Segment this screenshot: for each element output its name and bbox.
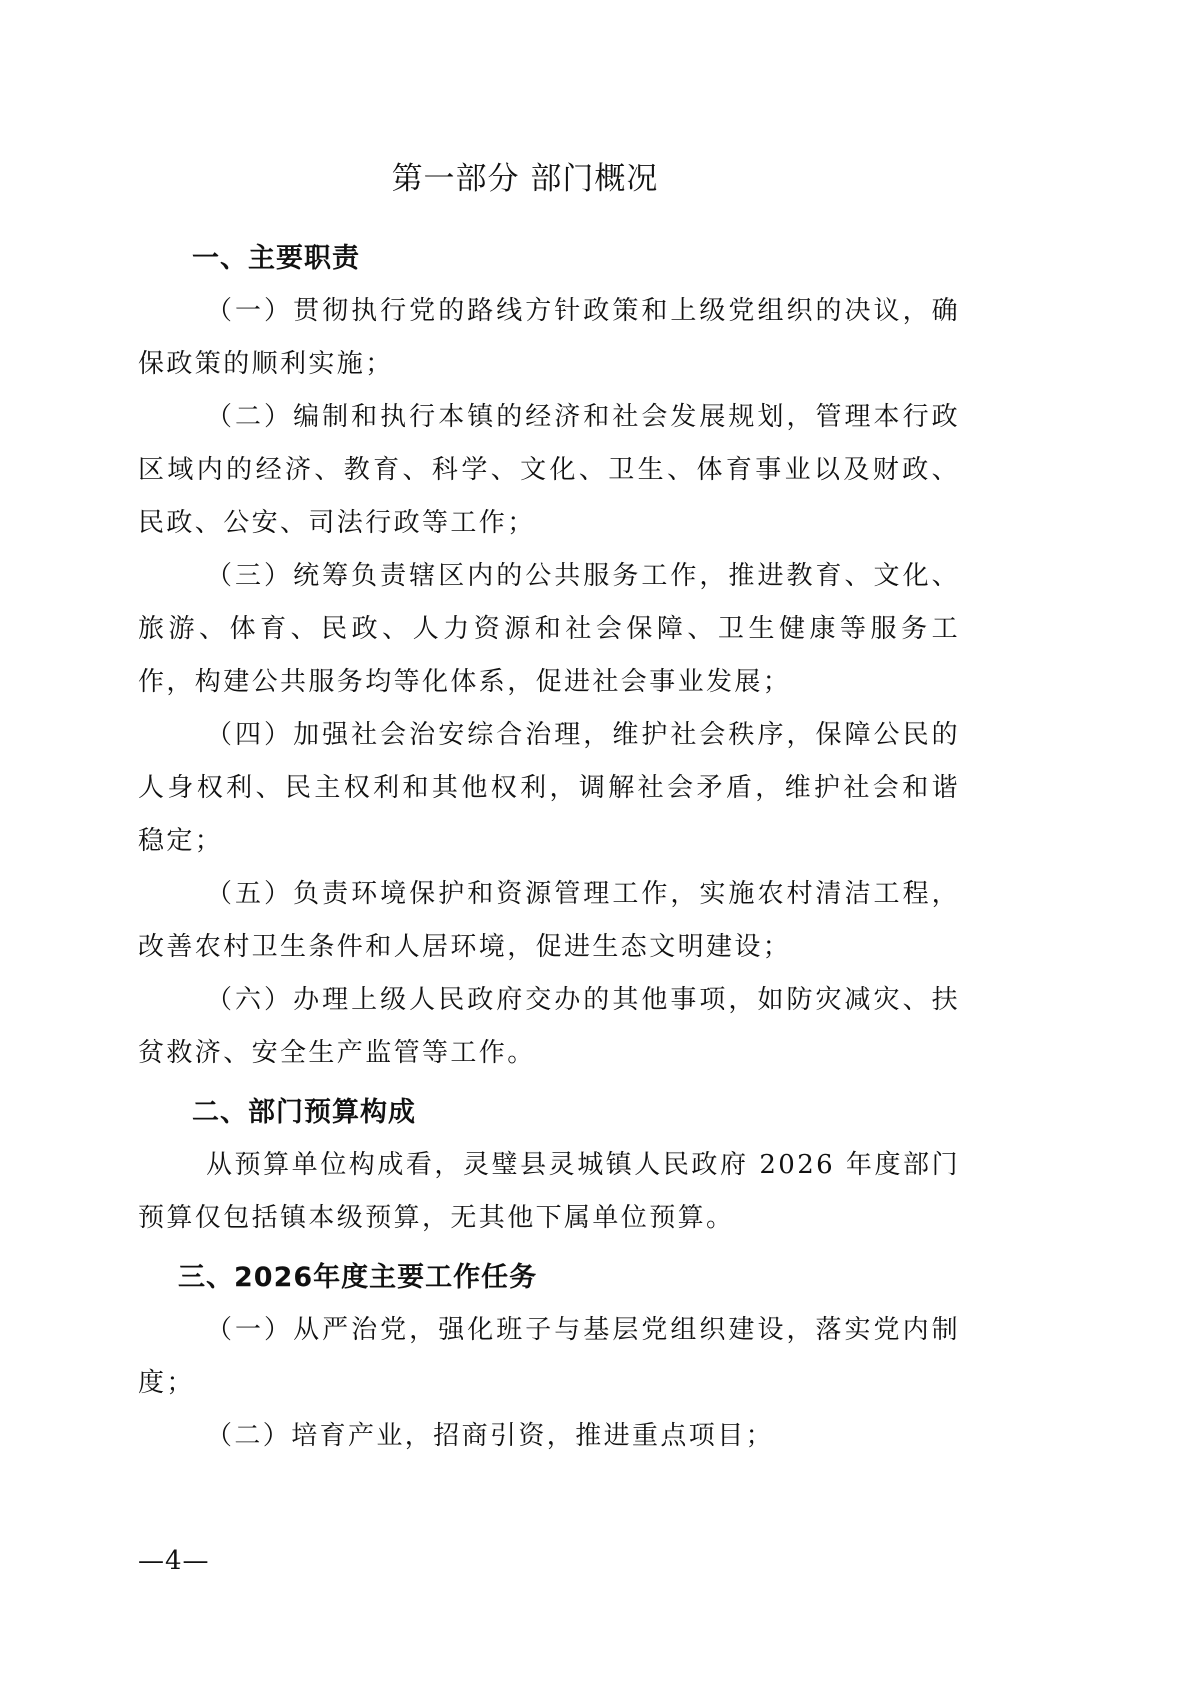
paragraph: （一）贯彻执行党的路线方针政策和上级党组织的决议，确保政策的顺利实施；: [138, 285, 960, 391]
document-body: 一、主要职责 （一）贯彻执行党的路线方针政策和上级党组织的决议，确保政策的顺利实…: [138, 232, 960, 1463]
paragraph: （二）编制和执行本镇的经济和社会发展规划，管理本行政区域内的经济、教育、科学、文…: [138, 391, 960, 550]
document-page: 第一部分 部门概况 一、主要职责 （一）贯彻执行党的路线方针政策和上级党组织的决…: [0, 0, 1190, 1683]
paragraph: （六）办理上级人民政府交办的其他事项，如防灾减灾、扶贫救济、安全生产监管等工作。: [138, 974, 960, 1080]
section-main-duties: 一、主要职责 （一）贯彻执行党的路线方针政策和上级党组织的决议，确保政策的顺利实…: [138, 232, 960, 1080]
paragraph: （五）负责环境保护和资源管理工作，实施农村清洁工程，改善农村卫生条件和人居环境，…: [138, 868, 960, 974]
section-annual-tasks: 三、2026年度主要工作任务 （一）从严治党，强化班子与基层党组织建设，落实党内…: [138, 1251, 960, 1463]
section-heading: 三、2026年度主要工作任务: [138, 1251, 960, 1304]
page-number: —4—: [138, 1546, 210, 1576]
page-title: 第一部分 部门概况: [0, 153, 1120, 198]
paragraph: （三）统筹负责辖区内的公共服务工作，推进教育、文化、旅游、体育、民政、人力资源和…: [138, 550, 960, 709]
paragraph: （二）培育产业，招商引资，推进重点项目；: [138, 1410, 960, 1463]
section-heading: 一、主要职责: [138, 232, 960, 285]
section-budget-composition: 二、部门预算构成 从预算单位构成看，灵璧县灵城镇人民政府 2026 年度部门预算…: [138, 1086, 960, 1245]
paragraph: 从预算单位构成看，灵璧县灵城镇人民政府 2026 年度部门预算仅包括镇本级预算，…: [138, 1139, 960, 1245]
paragraph: （一）从严治党，强化班子与基层党组织建设，落实党内制度；: [138, 1304, 960, 1410]
section-heading: 二、部门预算构成: [138, 1086, 960, 1139]
paragraph: （四）加强社会治安综合治理，维护社会秩序，保障公民的人身权利、民主权利和其他权利…: [138, 709, 960, 868]
